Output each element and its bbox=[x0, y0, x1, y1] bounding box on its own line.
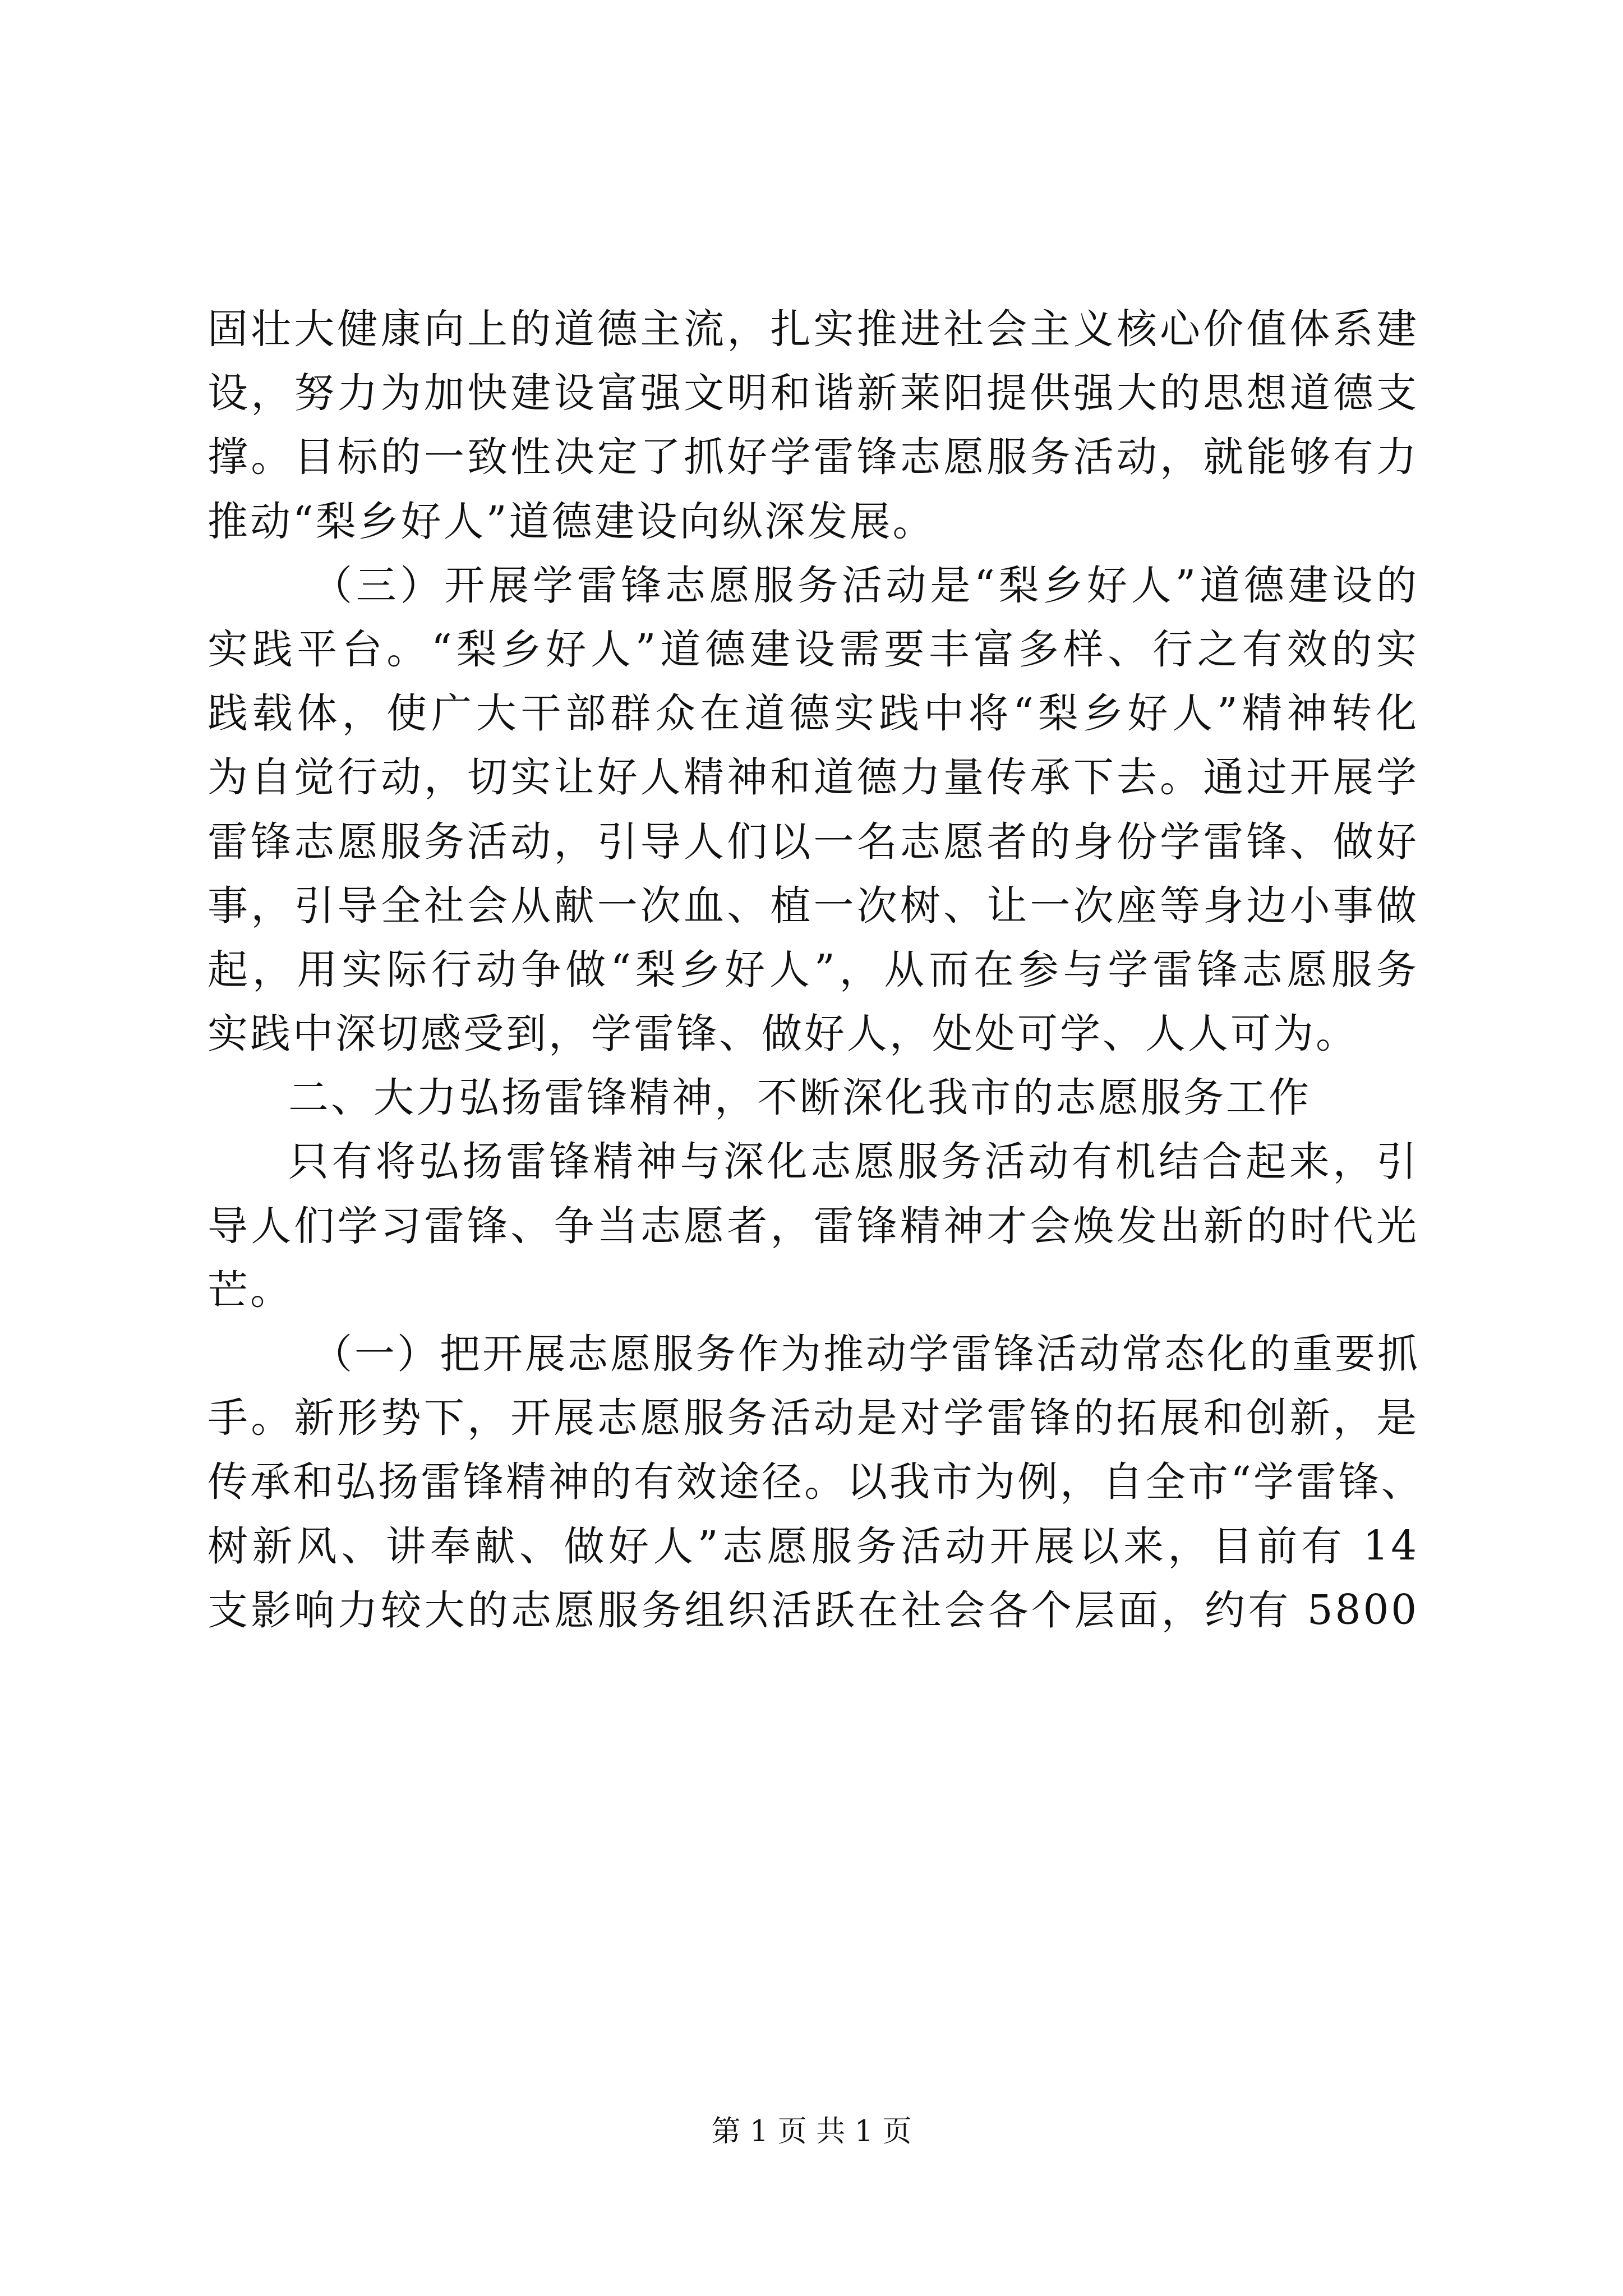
paragraph-section-3: （三）开展学雷锋志愿服务活动是“梨乡好人”道德建设的 实践平台。“梨乡好人”道德… bbox=[208, 554, 1419, 1065]
text-line: 支影响力较大的志愿服务组织活跃在社会各个层面，约有 5800 bbox=[208, 1579, 1419, 1641]
paragraph-intro: 只有将弘扬雷锋精神与深化志愿服务活动有机结合起来，引 导人们学习雷锋、争当志愿者… bbox=[208, 1130, 1419, 1320]
text-line: 雷锋志愿服务活动，引导人们以一名志愿者的身份学雷锋、做好 bbox=[208, 810, 1419, 873]
section-heading-line: （一）把开展志愿服务作为推动学雷锋活动常态化的重要抓 bbox=[208, 1322, 1419, 1385]
text-line: 导人们学习雷锋、争当志愿者，雷锋精神才会焕发出新的时代光 bbox=[208, 1194, 1419, 1257]
document-page: 固壮大健康向上的道德主流，扎实推进社会主义核心价值体系建 设，努力为加快建设富强… bbox=[0, 0, 1623, 2296]
section-heading-line: （三）开展学雷锋志愿服务活动是“梨乡好人”道德建设的 bbox=[208, 554, 1419, 616]
text-line: 设，努力为加快建设富强文明和谐新莱阳提供强大的思想道德支 bbox=[208, 361, 1419, 424]
heading-text: 二、大力弘扬雷锋精神，不断深化我市的志愿服务工作 bbox=[208, 1066, 1419, 1129]
text-line: 手。新形势下，开展志愿服务活动是对学雷锋的拓展和创新，是 bbox=[208, 1386, 1419, 1449]
page-number-label: 第 1 页 共 1 页 bbox=[712, 2115, 912, 2148]
text-line: 实践平台。“梨乡好人”道德建设需要丰富多样、行之有效的实 bbox=[208, 618, 1419, 680]
text-line: 撑。目标的一致性决定了抓好学雷锋志愿服务活动，就能够有力 bbox=[208, 425, 1419, 488]
text-line: 传承和弘扬雷锋精神的有效途径。以我市为例，自全市“学雷锋、 bbox=[208, 1450, 1419, 1513]
text-line: 推动“梨乡好人”道德建设向纵深发展。 bbox=[208, 490, 1419, 553]
paragraph-continuation: 固壮大健康向上的道德主流，扎实推进社会主义核心价值体系建 设，努力为加快建设富强… bbox=[208, 297, 1419, 553]
text-line: 只有将弘扬雷锋精神与深化志愿服务活动有机结合起来，引 bbox=[208, 1130, 1419, 1193]
page-footer: 第 1 页 共 1 页 bbox=[0, 2109, 1623, 2154]
text-line: 践载体，使广大干部群众在道德实践中将“梨乡好人”精神转化 bbox=[208, 682, 1419, 744]
text-line: 芒。 bbox=[208, 1258, 1419, 1321]
text-line: 事，引导全社会从献一次血、植一次树、让一次座等身边小事做 bbox=[208, 874, 1419, 937]
text-line: 固壮大健康向上的道德主流，扎实推进社会主义核心价值体系建 bbox=[208, 297, 1419, 360]
text-line: 实践中深切感受到，学雷锋、做好人，处处可学、人人可为。 bbox=[208, 1002, 1419, 1065]
document-body: 固壮大健康向上的道德主流，扎实推进社会主义核心价值体系建 设，努力为加快建设富强… bbox=[208, 297, 1419, 1642]
text-line: 树新风、讲奉献、做好人”志愿服务活动开展以来，目前有 14 bbox=[208, 1515, 1419, 1577]
paragraph-section-1: （一）把开展志愿服务作为推动学雷锋活动常态化的重要抓 手。新形势下，开展志愿服务… bbox=[208, 1322, 1419, 1641]
text-line: 起，用实际行动争做“梨乡好人”，从而在参与学雷锋志愿服务 bbox=[208, 938, 1419, 1001]
section-heading-2: 二、大力弘扬雷锋精神，不断深化我市的志愿服务工作 bbox=[208, 1066, 1419, 1129]
text-line: 为自觉行动，切实让好人精神和道德力量传承下去。通过开展学 bbox=[208, 746, 1419, 808]
